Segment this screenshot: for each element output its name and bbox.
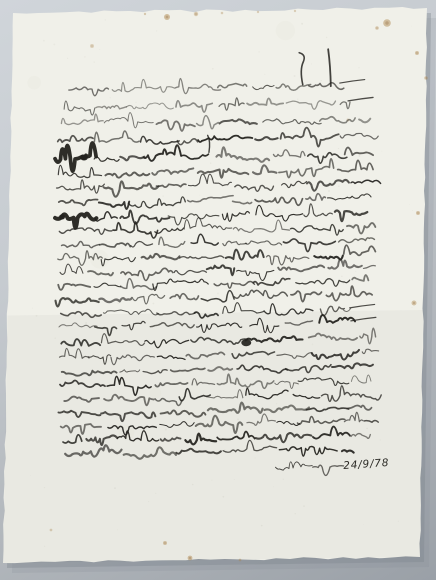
foxing-stain-core bbox=[195, 13, 197, 15]
foxing-stain-core bbox=[221, 12, 222, 13]
foxing-stain-core bbox=[50, 529, 51, 530]
foxing-stain-core bbox=[91, 45, 93, 47]
foxing-stain-core bbox=[413, 302, 415, 304]
foxing-stain-core bbox=[239, 559, 240, 560]
foxing-stain-core bbox=[376, 27, 378, 29]
foxing-stain-core bbox=[257, 11, 258, 12]
photo-of-manuscript-scene: 24/9/78 bbox=[0, 0, 436, 580]
foxing-stain-core bbox=[166, 16, 169, 19]
foxing-stain-core bbox=[417, 212, 419, 214]
paper-lower-shade bbox=[3, 310, 423, 563]
foxing-stain-core bbox=[385, 21, 388, 24]
foxing-stain-core bbox=[164, 542, 166, 544]
foxing-stain-core bbox=[425, 77, 427, 79]
foxing-stain-core bbox=[144, 13, 145, 14]
foxing-stain-core bbox=[416, 52, 418, 54]
foxing-stain-core bbox=[294, 10, 295, 11]
foxing-stain-core bbox=[189, 557, 191, 559]
manuscript-photo: 24/9/78 bbox=[0, 0, 436, 580]
